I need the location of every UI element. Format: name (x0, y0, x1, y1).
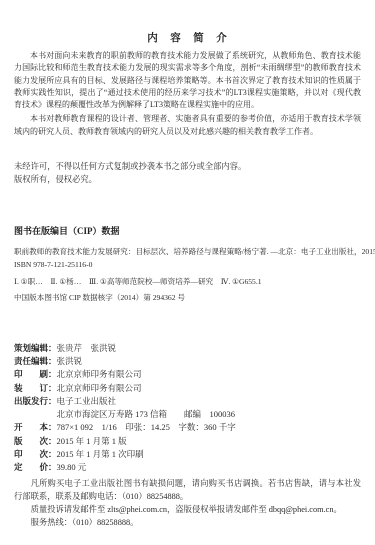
copyright-notice-block: 未经许可，不得以任何方式复制或抄袭本书之部分或全部内容。 版权所有，侵权必究。 (14, 160, 361, 186)
colophon-row-printing: 印 次： 2015 年 1 月第 1 次印刷 (14, 448, 361, 461)
cip-classification-line: Ⅰ. ①职… Ⅱ. ①杨… Ⅲ. ①高等师范院校—师资培养—研究 Ⅳ. ①G65… (14, 275, 361, 288)
colophon-value: 39.80 元 (57, 461, 87, 474)
colophon-block: 策划编辑： 张贵芹 张洪锐 责任编辑： 张洪锐 印 刷： 北京京师印务有限公司 … (14, 342, 361, 474)
cip-registration-line: 中国版本图书馆 CIP 数据核字（2014）第 294362 号 (14, 291, 361, 304)
colophon-label: 印 次： (14, 448, 57, 461)
colophon-value: 北京京师印务有限公司 (57, 368, 142, 381)
colophon-row-format: 开 本： 787×1 092 1/16 印张：14.25 字数：360 千字 (14, 421, 361, 434)
colophon-row-publisher: 出版发行： 电子工业出版社 (14, 395, 361, 408)
colophon-value: 787×1 092 1/16 印张：14.25 字数：360 千字 (57, 421, 236, 434)
summary-heading: 内 容 简 介 (14, 30, 361, 45)
rights-reserved-notice: 版权所有，侵权必究。 (14, 173, 361, 186)
colophon-value: 电子工业出版社 (57, 395, 117, 408)
colophon-row-printer: 印 刷： 北京京师印务有限公司 (14, 368, 361, 381)
colophon-label: 版 次： (14, 435, 57, 448)
cip-isbn-line: ISBN 978-7-121-25116-0 (14, 258, 361, 271)
colophon-label: 策划编辑： (14, 342, 57, 355)
cip-heading: 图书在版编目（CIP）数据 (14, 224, 361, 237)
colophon-row-planning-editor: 策划编辑： 张贵芹 张洪锐 (14, 342, 361, 355)
colophon-row-edition: 版 次： 2015 年 1 月第 1 版 (14, 435, 361, 448)
colophon-value: 2015 年 1 月第 1 版 (57, 435, 127, 448)
colophon-value: 张贵芹 张洪锐 (57, 342, 117, 355)
summary-paragraph-1: 本书对面向未来教育的职前教师的教育技术能力发展做了系统研究，从教师角色、教育技术… (14, 50, 361, 111)
book-copyright-page: 内 容 简 介 本书对面向未来教育的职前教师的教育技术能力发展做了系统研究，从教… (0, 0, 375, 545)
service-hotline: 服务热线：（010）88258888。 (14, 517, 361, 530)
colophon-value: 北京京师印务有限公司 (57, 382, 142, 395)
colophon-label (14, 408, 57, 421)
colophon-row-responsible-editor: 责任编辑： 张洪锐 (14, 355, 361, 368)
colophon-value: 2015 年 1 月第 1 次印刷 (57, 448, 144, 461)
colophon-value: 张洪锐 (57, 355, 83, 368)
colophon-row-publisher-address: 北京市海淀区万寿路 173 信箱 邮编 100036 (14, 408, 361, 421)
colophon-label: 出版发行： (14, 395, 57, 408)
complaint-email-notice: 质量投诉请发邮件至 zlts@phei.com.cn，盗版侵权举报请发邮件至 d… (14, 504, 361, 517)
summary-paragraph-2: 本书对教师教育课程的设计者、管理者、实施者具有重要的参考价值，亦适用于教育技术学… (14, 113, 361, 138)
colophon-label: 定 价： (14, 461, 57, 474)
service-info-block: 凡所购买电子工业出版社图书有缺损问题，请向购买书店调换。若书店售缺，请与本社发行… (14, 478, 361, 529)
cip-title-line: 职前教师的教育技术能力发展研究：目标层次、培养路径与课程策略/杨宁著. —北京：… (14, 245, 361, 258)
colophon-label: 印 刷： (14, 368, 57, 381)
colophon-row-binder: 装 订： 北京京师印务有限公司 (14, 382, 361, 395)
colophon-label: 装 订： (14, 382, 57, 395)
colophon-row-price: 定 价： 39.80 元 (14, 461, 361, 474)
colophon-label: 责任编辑： (14, 355, 57, 368)
colophon-label: 开 本： (14, 421, 57, 434)
no-copy-notice: 未经许可，不得以任何方式复制或抄袭本书之部分或全部内容。 (14, 160, 361, 173)
colophon-value: 北京市海淀区万寿路 173 信箱 邮编 100036 (57, 408, 236, 421)
replacement-notice: 凡所购买电子工业出版社图书有缺损问题，请向购买书店调换。若书店售缺，请与本社发行… (14, 478, 361, 504)
